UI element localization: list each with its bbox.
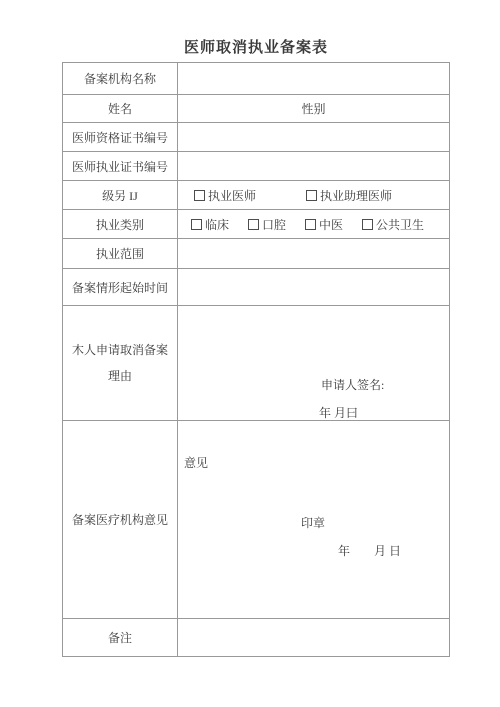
level-option-label: 执业医师 [208,187,256,204]
level-option-label: 执业助理医师 [320,187,392,204]
row-start-time: 备案情形起始时间 [63,269,449,306]
practice-no-value-cell [178,152,449,180]
category-options-cell: 临床 口腔 中医 公共卫生 [178,210,449,238]
checkbox-icon [305,219,316,230]
opinion-date-label: 年 月 日 [338,542,401,559]
row-scope: 执业范围 [63,239,449,269]
checkbox-icon [194,190,205,201]
reason-label-line2: 理由 [108,363,132,389]
category-option-clinical: 临床 [191,216,229,233]
row-level: 级另 IJ 执业医师 执业助理医师 [63,181,449,210]
scope-label: 执业范围 [63,239,178,268]
category-option-label: 公共卫生 [376,216,424,233]
checkbox-icon [191,219,202,230]
scope-value-cell [178,239,449,268]
seal-label: 印章 [301,514,325,531]
category-option-dental: 口腔 [248,216,286,233]
row-qualification-no: 医师资格证书编号 [63,123,449,152]
category-option-label: 口腔 [262,216,286,233]
reason-date-label: 年 月曰 [319,404,358,421]
row-name-gender: 姓名 性别 [63,95,449,123]
row-reason: 木人申请取消备案 理由 申请人签名: 年 月曰 [63,306,449,421]
level-options: 执业医师 执业助理医师 [178,181,449,209]
category-option-public-health: 公共卫生 [362,216,424,233]
reason-label-line1: 木人申请取消备案 [72,337,168,363]
org-opinion-label: 备案医疗机构意见 [63,421,178,618]
category-option-label: 临床 [205,216,229,233]
level-options-cell: 执业医师 执业助理医师 [178,181,449,209]
category-option-label: 中医 [319,216,343,233]
row-category: 执业类别 临床 口腔 中医 公共卫生 [63,210,449,239]
start-time-label: 备案情形起始时间 [63,269,178,305]
checkbox-icon [362,219,373,230]
category-option-tcm: 中医 [305,216,343,233]
category-options: 临床 口腔 中医 公共卫生 [178,210,449,238]
applicant-signature-label: 申请人签名: [321,376,384,393]
qualification-no-label: 医师资格证书编号 [63,123,178,151]
org-name-value-cell [178,63,449,94]
remarks-value-cell [178,619,449,656]
org-opinion-value-cell: 意见 印章 年 月 日 [178,421,449,618]
name-label: 姓名 [63,95,178,122]
org-name-label: 备案机构名称 [63,63,178,94]
gender-cell: 性别 [178,95,449,122]
level-label: 级另 IJ [63,181,178,209]
start-time-value-cell [178,269,449,305]
level-option-practicing: 执业医师 [194,187,256,204]
row-org-name: 备案机构名称 [63,63,449,95]
row-practice-no: 医师执业证书编号 [63,152,449,181]
reason-label: 木人申请取消备案 理由 [63,306,178,420]
page-title: 医师取消执业备案表 [62,36,450,57]
practice-no-label: 医师执业证书编号 [63,152,178,180]
gender-label: 性别 [301,100,325,117]
category-label: 执业类别 [63,210,178,238]
opinion-label: 意见 [184,454,208,471]
level-option-assistant: 执业助理医师 [306,187,392,204]
qualification-no-value-cell [178,123,449,151]
reason-value-cell: 申请人签名: 年 月曰 [178,306,449,420]
checkbox-icon [248,219,259,230]
checkbox-icon [306,190,317,201]
row-org-opinion: 备案医疗机构意见 意见 印章 年 月 日 [63,421,449,619]
registration-table: 备案机构名称 姓名 性别 医师资格证书编号 医师执业证书编号 级另 IJ 执业医… [62,62,450,657]
remarks-label: 备注 [63,619,178,656]
row-remarks: 备注 [63,619,449,656]
